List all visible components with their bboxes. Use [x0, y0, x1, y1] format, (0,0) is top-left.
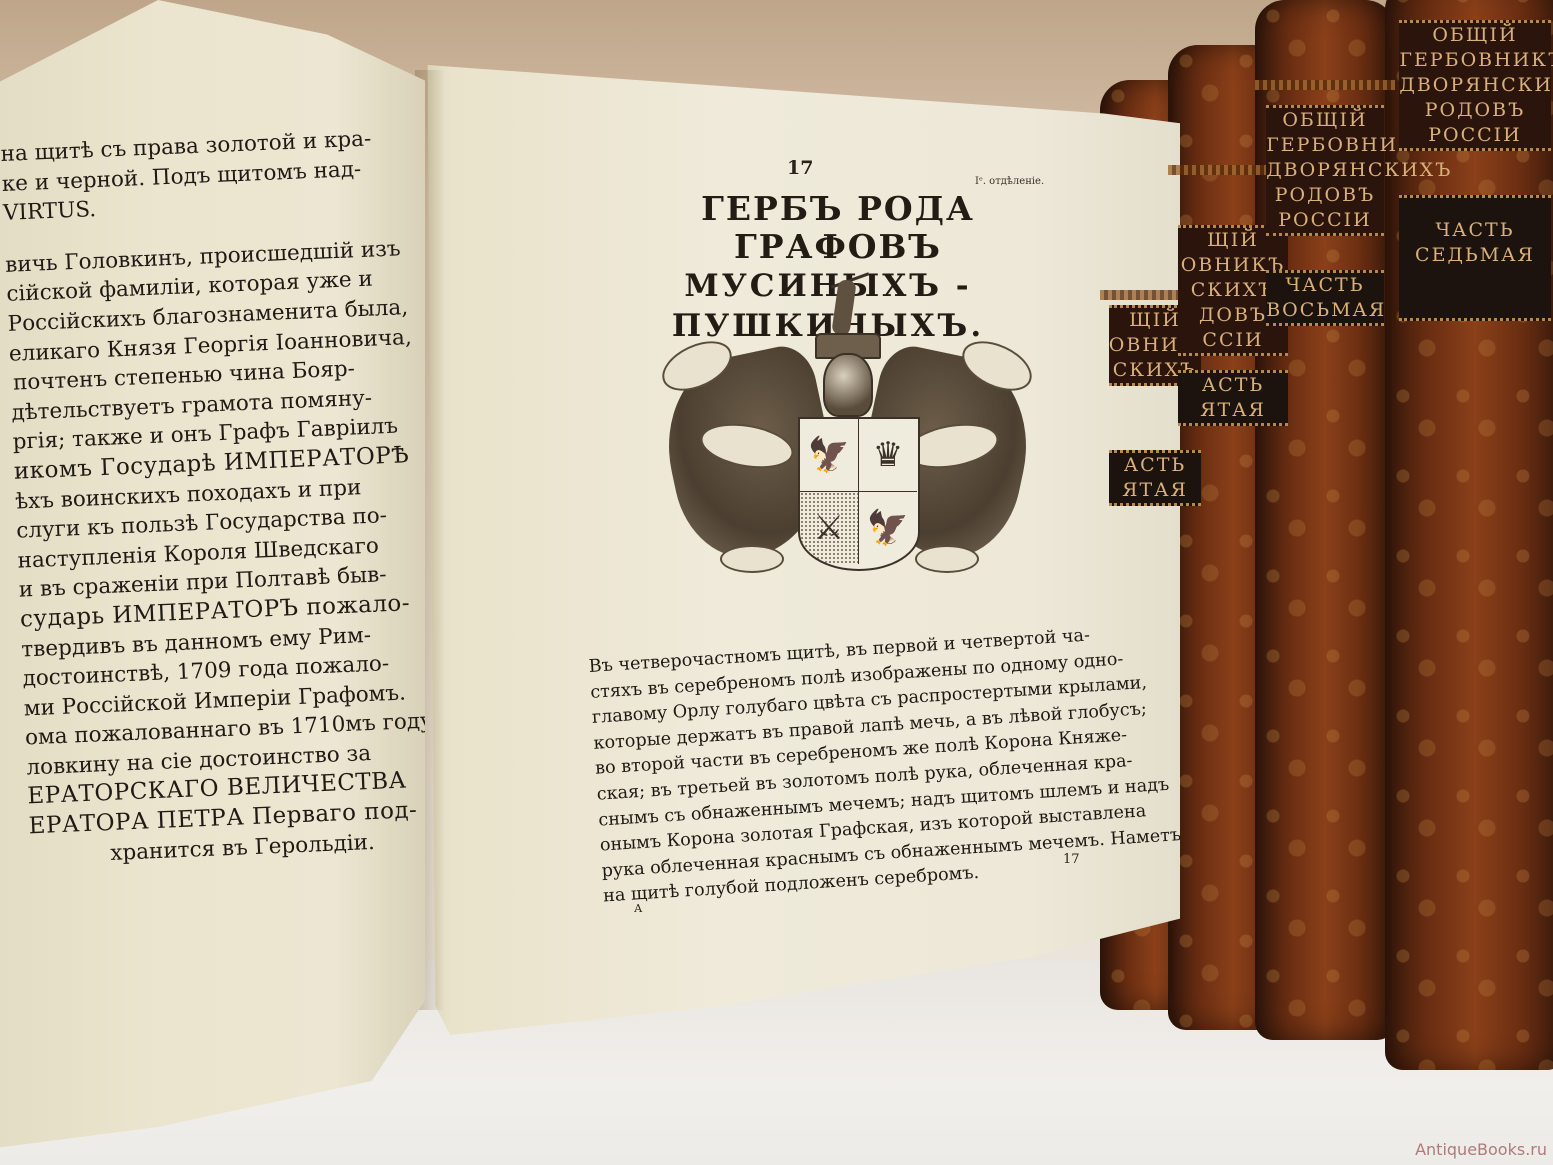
book-part-label: АСТЬ ЯТАЯ — [1178, 370, 1287, 426]
watermark: AntiqueBooks.ru — [1415, 1140, 1547, 1159]
gilt-band — [1255, 80, 1395, 90]
arm-crest-icon — [831, 279, 856, 336]
eagle-icon: 🦅 — [800, 419, 859, 492]
arm-with-sword-icon: ⚔ — [800, 492, 859, 564]
left-page-text: на щитѣ съ права золотой и кра- ке и чер… — [0, 126, 375, 872]
coat-of-arms: 🦅 ♛ ⚔ 🦅 — [660, 275, 1030, 595]
book-part-label: АСТЬ ЯТАЯ — [1109, 450, 1201, 506]
title-line-1: ГЕРБЪ РОДА ГРАФОВЪ — [628, 190, 1048, 266]
left-page: на щитѣ съ права золотой и кра- ке и чер… — [0, 0, 425, 1150]
photo-scene: ЩІЙ ОВНИКЪ СКИХЪ АСТЬ ЯТАЯ ЩІЙ ОВНИКЪ СК… — [0, 0, 1553, 1165]
book-spine-label: ОБЩІЙ ГЕРБОВНИКЪ ДВОРЯНСКИХЪ РОДОВЪ РОСС… — [1266, 105, 1384, 236]
book-part-label: ЧАСТЬ СЕДЬМАЯ — [1399, 195, 1550, 321]
acanthus-leaf-icon — [915, 545, 979, 573]
eagle-icon: 🦅 — [859, 492, 917, 564]
page-number-bottom: 17 — [1063, 852, 1080, 867]
book-part-label: ЧАСТЬ ВОСЬМАЯ — [1266, 270, 1384, 326]
helmet-icon — [823, 353, 873, 417]
crown-icon: ♛ — [859, 419, 917, 492]
signature-mark: А — [634, 902, 642, 915]
page-number-top: 17 — [787, 157, 813, 179]
book-spine-label: ОБЩІЙ ГЕРБОВНИКЪ ДВОРЯНСКИХЪ РОДОВЪ РОСС… — [1399, 20, 1550, 151]
blazon-text: Въ четверочастномъ щитѣ, въ первой и чет… — [588, 623, 1118, 911]
section-label: Iᵉ. отдѣленіе. — [975, 176, 1044, 187]
acanthus-leaf-icon — [720, 545, 784, 573]
book-volume-8: ОБЩІЙ ГЕРБОВНИКЪ ДВОРЯНСКИХЪ РОДОВЪ РОСС… — [1255, 0, 1395, 1040]
shield: 🦅 ♛ ⚔ 🦅 — [798, 417, 920, 571]
